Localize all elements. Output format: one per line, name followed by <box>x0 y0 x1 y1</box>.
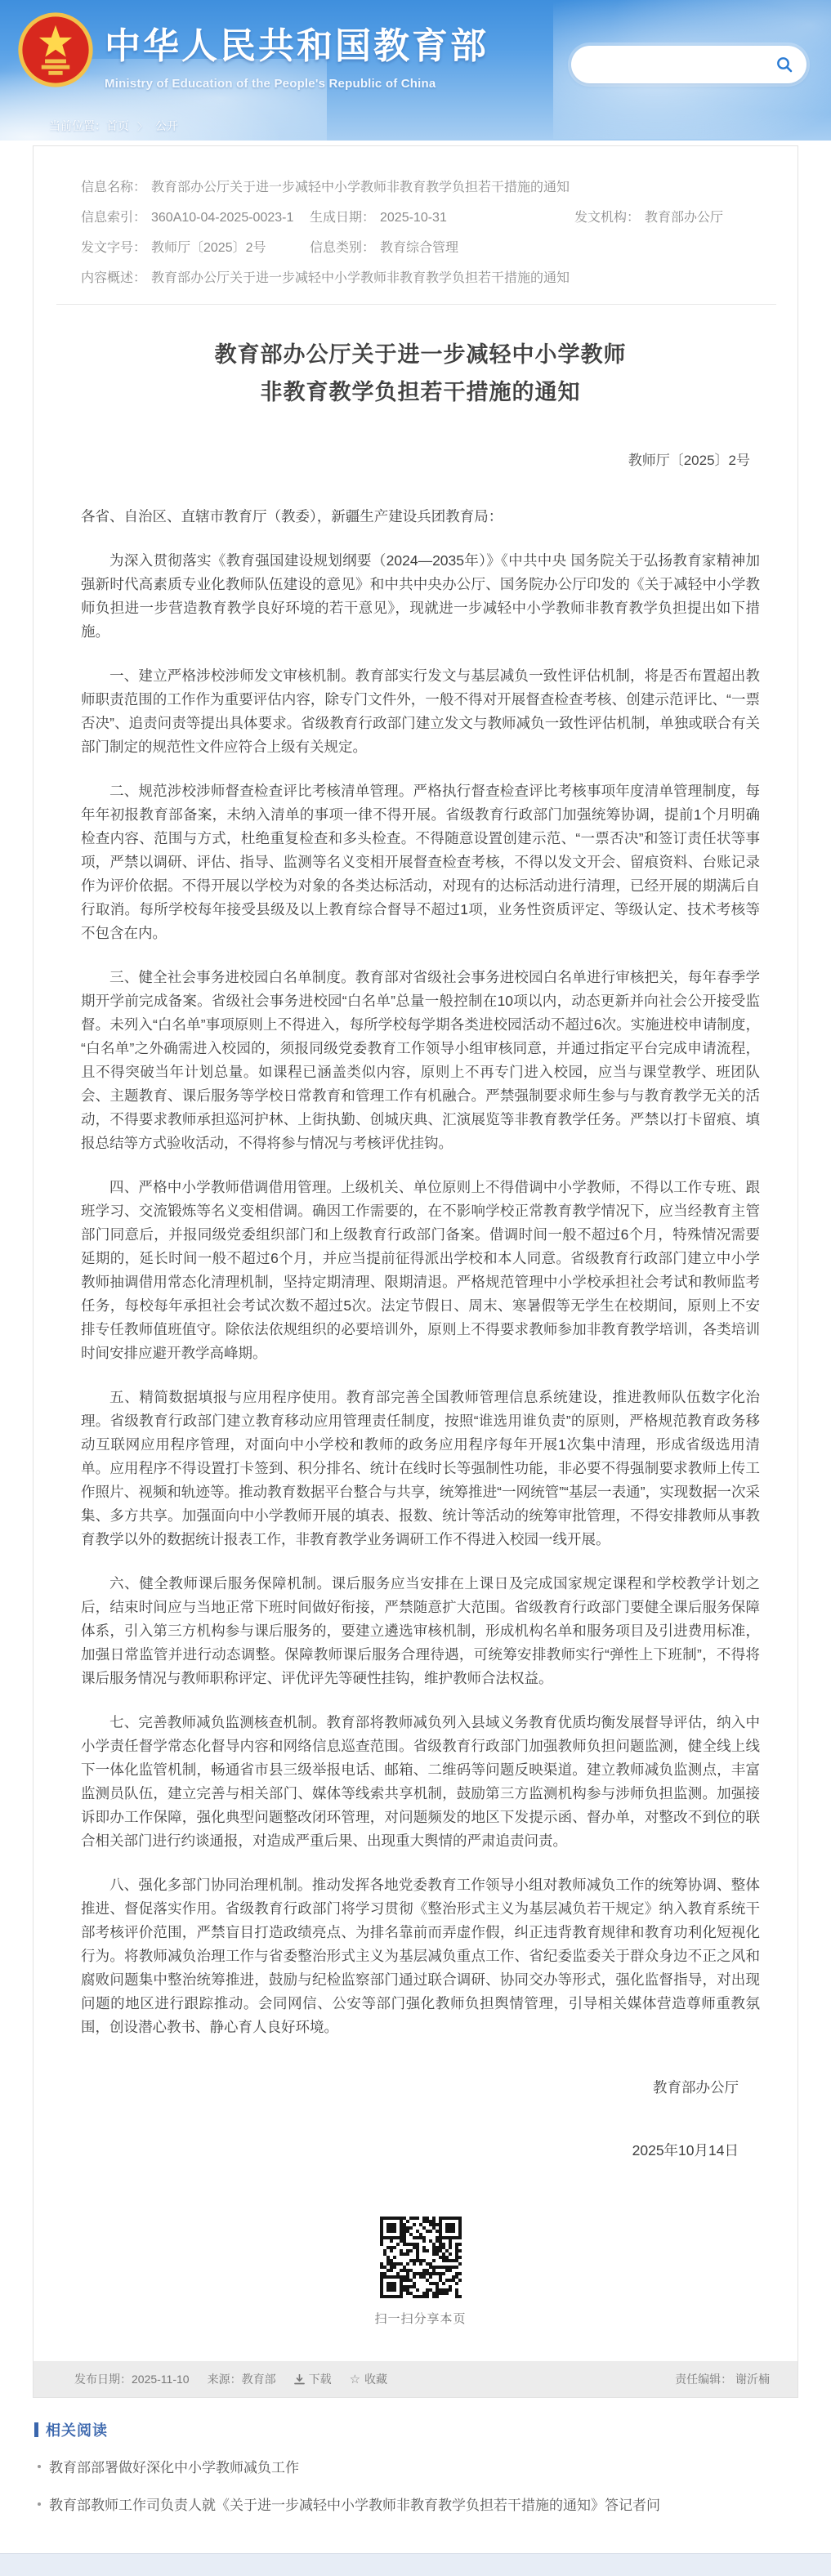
meta-issuer-label: 发文机构： <box>574 209 645 227</box>
meta-row-name: 信息名称： 教育部办公厅关于进一步减轻中小学教师非教育教学负担若干措施的通知 <box>81 179 760 197</box>
doc-paragraph: 三、健全社会事务进校园白名单制度。教育部对省级社会事务进校园白名单进行审核把关，… <box>81 966 760 1155</box>
meta-name-value: 教育部办公厅关于进一步减轻中小学教师非教育教学负担若干措施的通知 <box>151 179 570 197</box>
source: 来源： 教育部 <box>208 2371 276 2387</box>
related-link[interactable]: 教育部部署做好深化中小学教师减负工作 <box>33 2458 798 2477</box>
site-title-english: Ministry of Education of the People's Re… <box>105 77 489 91</box>
breadcrumb-label: 当前位置： <box>49 119 106 132</box>
publish-date: 发布日期： 2025-11-10 <box>74 2371 190 2387</box>
source-value: 教育部 <box>242 2371 276 2387</box>
meta-index-label: 信息索引： <box>81 209 151 227</box>
document-number: 教师厅〔2025〕2号 <box>81 449 750 469</box>
meta-date-label: 生成日期： <box>310 209 380 227</box>
signature-block: 教育部办公厅 2025年10月14日 <box>81 2077 760 2160</box>
title-bar-mark <box>34 2422 38 2437</box>
meta-number-label: 发文字号： <box>81 239 151 257</box>
document-title-line1: 教育部办公厅关于进一步减轻中小学教师 <box>215 342 627 367</box>
meta-date-value: 2025-10-31 <box>380 209 511 227</box>
star-icon: ☆ <box>350 2372 360 2386</box>
meta-row-number: 发文字号： 教师厅〔2025〕2号 信息类别： 教育综合管理 <box>81 239 760 257</box>
meta-summary-label: 内容概述： <box>81 270 151 288</box>
doc-paragraph: 四、严格中小学教师借调借用管理。上级机关、单位原则上不得借调中小学教师，不得以工… <box>81 1176 760 1365</box>
doc-paragraph: 八、强化多部门协同治理机制。推动发挥各地党委教育工作领导小组对教师减负工作的统筹… <box>81 1873 760 2039</box>
doc-paragraph: 七、完善教师减负监测核查机制。教育部将教师减负列入县域义务教育优质均衡发展督导评… <box>81 1711 760 1853</box>
meta-category-label: 信息类别： <box>310 239 380 257</box>
doc-paragraph: 二、规范涉校涉师督查检查评比考核清单管理。严格执行督查检查评比考核事项年度清单管… <box>81 779 760 945</box>
doc-paragraph: 五、精简数据填报与应用程序使用。教育部完善全国教师管理信息系统建设，推进教师队伍… <box>81 1386 760 1551</box>
search-icon <box>775 56 793 74</box>
page-footer-strip <box>0 2553 831 2576</box>
site-header: 中华人民共和国教育部 Ministry of Education of the … <box>0 0 831 141</box>
search-box[interactable] <box>571 46 806 83</box>
document-panel: 信息名称： 教育部办公厅关于进一步减轻中小学教师非教育教学负担若干措施的通知 信… <box>33 145 798 2398</box>
doc-paragraph: 一、建立严格涉校涉师发文审核机制。教育部实行发文与基层减负一致性评估机制，将是否… <box>81 664 760 759</box>
meta-summary-value: 教育部办公厅关于进一步减轻中小学教师非教育教学负担若干措施的通知 <box>151 270 570 288</box>
publish-date-value: 2025-11-10 <box>132 2373 190 2386</box>
source-label: 来源： <box>208 2371 242 2387</box>
editor-label: 责任编辑： <box>675 2373 732 2386</box>
bullet-dot <box>38 2502 41 2506</box>
document-body: 为深入贯彻落实《教育强国建设规划纲要（2024—2035年）》《中共中央 国务院… <box>81 549 760 2039</box>
meta-category-value: 教育综合管理 <box>380 239 458 257</box>
signature-office: 教育部办公厅 <box>81 2077 739 2097</box>
download-icon <box>294 2374 305 2385</box>
site-title: 中华人民共和国教育部 <box>105 16 489 69</box>
meta-row-index: 信息索引： 360A10-04-2025-0023-1 生成日期： 2025-1… <box>81 209 760 227</box>
search-button[interactable] <box>772 52 797 77</box>
qr-block: 扫一扫分享本页 <box>81 2209 760 2327</box>
search-input[interactable] <box>586 58 772 72</box>
related-title-text: 相关阅读 <box>46 2419 108 2440</box>
breadcrumb-separator: 〉 <box>137 121 147 132</box>
favorite-label: 收藏 <box>364 2371 387 2387</box>
doc-paragraph: 六、健全教师课后服务保障机制。课后服务应当安排在上课日及完成国家规定课程和学校教… <box>81 1572 760 1690</box>
breadcrumb-section-link[interactable]: 公开 <box>155 119 178 132</box>
breadcrumb-home-link[interactable]: 首页 <box>106 119 129 132</box>
doc-paragraph: 为深入贯彻落实《教育强国建设规划纲要（2024—2035年）》《中共中央 国务院… <box>81 549 760 644</box>
bullet-dot <box>38 2465 41 2468</box>
qr-code <box>378 2215 463 2300</box>
download-label: 下载 <box>309 2371 332 2387</box>
qr-caption: 扫一扫分享本页 <box>81 2310 760 2327</box>
favorite-button[interactable]: ☆ 收藏 <box>350 2371 387 2387</box>
related-link-text: 教育部部署做好深化中小学教师减负工作 <box>49 2458 299 2477</box>
meta-divider <box>56 304 776 305</box>
national-emblem-logo <box>18 10 93 90</box>
meta-name-label: 信息名称： <box>81 179 151 197</box>
related-link[interactable]: 教育部教师工作司负责人就《关于进一步减轻中小学教师非教育教学负担若干措施的通知》… <box>33 2496 798 2515</box>
editor-credit: 责任编辑： 谢沂楠 <box>675 2371 770 2387</box>
breadcrumb: 当前位置：首页〉公开 <box>0 118 831 134</box>
document-salutation: 各省、自治区、直辖市教育厅（教委），新疆生产建设兵团教育局： <box>81 505 760 529</box>
signature-date: 2025年10月14日 <box>81 2140 739 2160</box>
document-title: 教育部办公厅关于进一步减轻中小学教师 非教育教学负担若干措施的通知 <box>81 336 760 411</box>
meta-row-summary: 内容概述： 教育部办公厅关于进一步减轻中小学教师非教育教学负担若干措施的通知 <box>81 270 760 288</box>
related-reading-section: 相关阅读 教育部部署做好深化中小学教师减负工作 教育部教师工作司负责人就《关于进… <box>33 2398 798 2548</box>
meta-number-value: 教师厅〔2025〕2号 <box>151 239 303 257</box>
document-title-line2: 非教育教学负担若干措施的通知 <box>261 380 581 404</box>
related-reading-title: 相关阅读 <box>33 2419 798 2440</box>
meta-index-value: 360A10-04-2025-0023-1 <box>151 209 303 227</box>
publish-date-label: 发布日期： <box>74 2371 132 2387</box>
related-link-text: 教育部教师工作司负责人就《关于进一步减轻中小学教师非教育教学负担若干措施的通知》… <box>49 2496 660 2515</box>
download-button[interactable]: 下载 <box>294 2371 332 2387</box>
article-meta-bar: 发布日期： 2025-11-10 来源： 教育部 下载 ☆ 收藏 责任编辑： 谢 <box>34 2361 797 2397</box>
editor-name: 谢沂楠 <box>735 2373 770 2386</box>
meta-issuer-value: 教育部办公厅 <box>645 209 723 227</box>
related-list: 教育部部署做好深化中小学教师减负工作 教育部教师工作司负责人就《关于进一步减轻中… <box>33 2458 798 2515</box>
main-content: 信息名称： 教育部办公厅关于进一步减轻中小学教师非教育教学负担若干措施的通知 信… <box>0 145 831 2548</box>
